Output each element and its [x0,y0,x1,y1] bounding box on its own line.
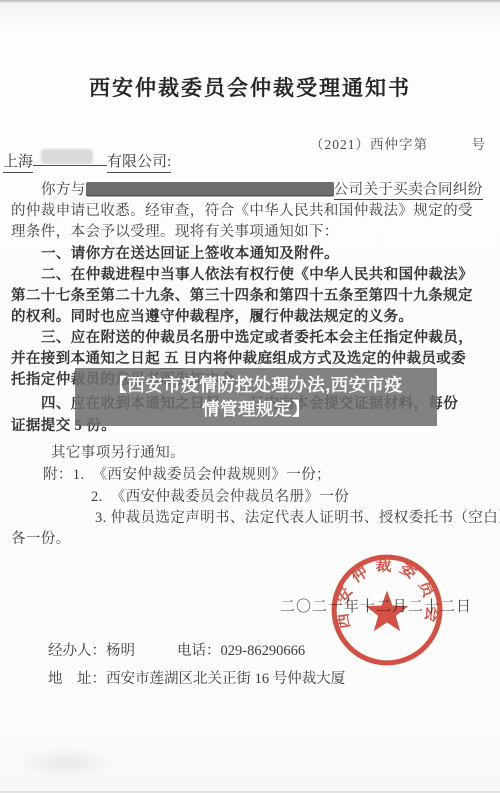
body-text: 3. 仲裁员选定声明书、法定代表人证明书、授权委托书（空白） [95,510,500,526]
body-text: 理条件，本会予以受理。现将有关事项通知如下： [11,224,339,240]
body-line: 三、应在附送的仲裁员名册中选定或者委托本会主任指定仲裁员， [11,329,489,347]
body-text: 你方与 [41,182,86,198]
seal-star-icon [366,591,409,631]
body-line: 的权利。同时也应当遵守仲裁程序，履行仲裁法规定的义务。 [11,308,489,326]
handler-line: 经办人：杨明电话：029-86290666 [48,639,305,660]
photo-artifact-smudge [18,748,113,778]
body-line: 你方与公司关于买卖合同纠纷 [11,181,489,199]
body-line: 二、在仲裁进程中当事人依法有权行使《中华人民共和国仲裁法》 [11,266,489,284]
address-line: 地 址：西安市莲湖区北关正街 16 号仲裁大厦 [48,667,345,688]
phone-number: 029-86290666 [221,643,306,659]
body-line: 理条件，本会予以受理。现将有关事项通知如下： [11,223,489,241]
phone-label: 电话： [177,643,221,659]
redaction-bar [86,182,334,195]
body-line: 各一份。 [11,530,489,548]
body-line: 附：1. 《西安仲裁委员会仲裁规则》一份； [11,466,489,484]
body-text: 的权利。同时也应当遵守仲裁程序，履行仲裁法规定的义务。 [11,309,413,325]
body-text: 其它事项另行通知。 [51,445,185,461]
body-text: 五 [160,351,183,369]
handler-name: 杨明 [106,643,135,659]
caption-overlay-line2: 情管理规定】 [202,397,310,421]
address-label: 地 址： [48,671,106,687]
body-text: 公司关于买卖合同纠纷 [334,182,483,200]
body-text: 的仲裁申请已收悉。经审查，符合《中华人民共和国仲裁法》规定的受 [11,203,473,219]
body-text: 三、应在附送的仲裁员名册中选定或者委托本会主任指定仲裁员， [41,330,473,346]
official-seal: 西安仲裁委员会 [327,550,447,670]
body-line: 3. 仲裁员选定声明书、法定代表人证明书、授权委托书（空白） [11,509,489,527]
handler-label: 经办人： [48,643,106,659]
body-text: 并在接到本通知之日起 [11,351,160,367]
caption-overlay-line1: 【西安市疫情防控处理办法,西安市疫 [109,373,402,397]
body-line: 并在接到本通知之日起 五 日内将仲裁庭组成方式及选定的仲裁员或委 [11,350,489,368]
caption-overlay: 【西安市疫情防控处理办法,西安市疫 情管理规定】 [75,368,437,426]
body-line: 一、请你方在送达回证上签收本通知及附件。 [11,245,489,263]
body-text: 一、请你方在送达回证上签收本通知及附件。 [41,246,339,262]
body-text: 各一份。 [11,531,71,547]
body-text: 第二十七条至第二十九条、第三十四条和第四十五条至第四十九条规定 [11,288,473,304]
body-line: 的仲裁申请已收悉。经审查，符合《中华人民共和国仲裁法》规定的受 [11,202,489,220]
body-line: 2. 《西安仲裁委员会仲裁员名册》一份 [11,488,489,506]
body-text: 2. 《西安仲裁委员会仲裁员名册》一份 [91,489,349,505]
address-value: 西安市莲湖区北关正街 16 号仲裁大厦 [106,671,345,687]
body-line: 其它事项另行通知。 [11,444,489,462]
body-text: 二、在仲裁进程中当事人依法有权行使《中华人民共和国仲裁法》 [41,267,473,283]
body-line: 第二十七条至第二十九条、第三十四条和第四十五条至第四十九条规定 [11,287,489,305]
body-text: 日内将仲裁庭组成方式及选定的仲裁员或委 [183,351,466,367]
document-photo: 西安仲裁委员会仲裁受理通知书 （2021）西仲字第 号 上海有限公司: 你方与公… [0,0,500,793]
body-text: 附：1. 《西安仲裁委员会仲裁规则》一份； [43,467,331,483]
